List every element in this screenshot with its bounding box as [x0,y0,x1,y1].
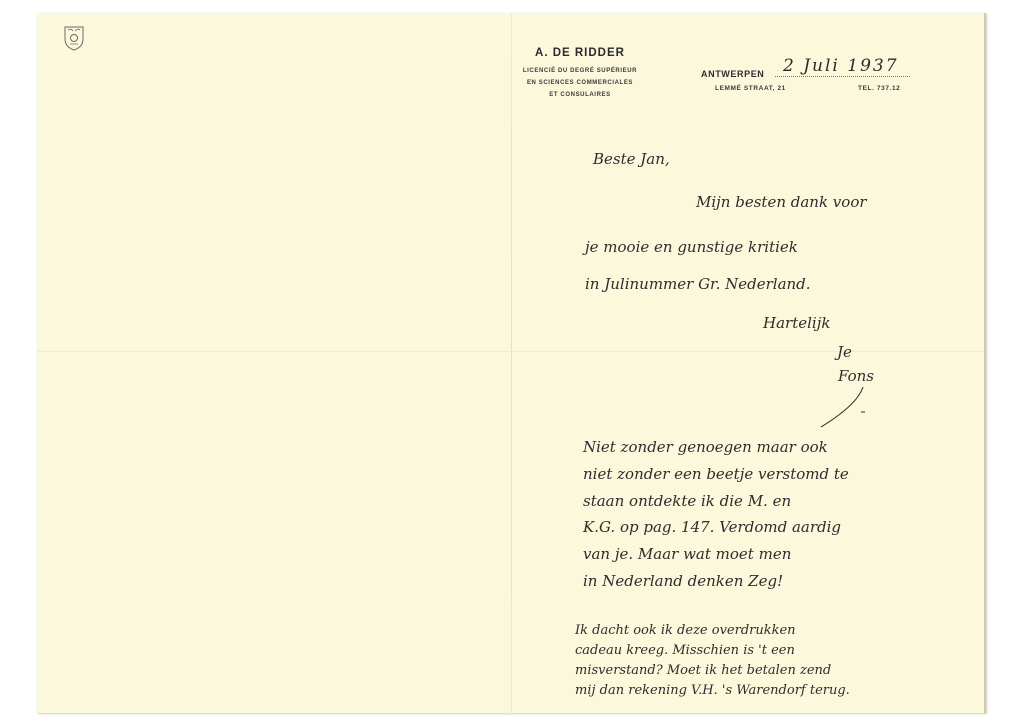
body-line-2: je mooie en gunstige kritiek [585,238,798,256]
ps2-line-3: misverstand? Moet ik het betalen zend [575,663,831,678]
letterhead-subtitle-1: LICENCIÉ DU DEGRÉ SUPÉRIEUR [485,68,675,74]
letterhead-subtitle-2: EN SCIENCES COMMERCIALES [485,80,675,86]
body-line-3: in Julinummer Gr. Nederland. [585,275,811,293]
ps1-line-6: in Nederland denken Zeg! [583,572,783,590]
ps1-line-1: Niet zonder genoegen maar ook [583,438,828,456]
letter-date: 2 Juli 1937 [783,56,899,76]
letterhead-subtitle-3: ET CONSULAIRES [485,92,675,98]
ps1-line-5: van je. Maar wat moet men [583,545,791,563]
signature: Fons [838,367,874,385]
ps2-line-1: Ik dacht ook ik deze overdrukken [575,623,796,638]
date-dotted-line [775,76,910,77]
ps2-line-2: cadeau kreeg. Misschien is 't een [575,643,795,658]
closing-je: Je [837,343,852,361]
closing: Hartelijk [763,314,830,332]
letterhead-city: ANTWERPEN [701,69,764,79]
letterhead-street: LEMMÉ STRAAT, 21 [715,85,786,92]
signature-flourish-icon [817,385,877,430]
salutation: Beste Jan, [593,150,670,168]
ps1-line-2: niet zonder een beetje verstomd te [583,465,849,483]
body-line-1: Mijn besten dank voor [696,193,867,211]
ps2-line-4: mij dan rekening V.H. 's Warendorf terug… [575,683,850,698]
letter-sheet [37,13,986,713]
vertical-fold-line [511,13,512,713]
ps1-line-4: K.G. op pag. 147. Verdomd aardig [583,518,841,536]
letterhead-phone: TEL. 737.12 [858,85,900,92]
ps1-line-3: staan ontdekte ik die M. en [583,492,791,510]
heraldic-shield-icon [63,25,85,51]
letterhead-name: A. De Ridder [485,47,675,59]
